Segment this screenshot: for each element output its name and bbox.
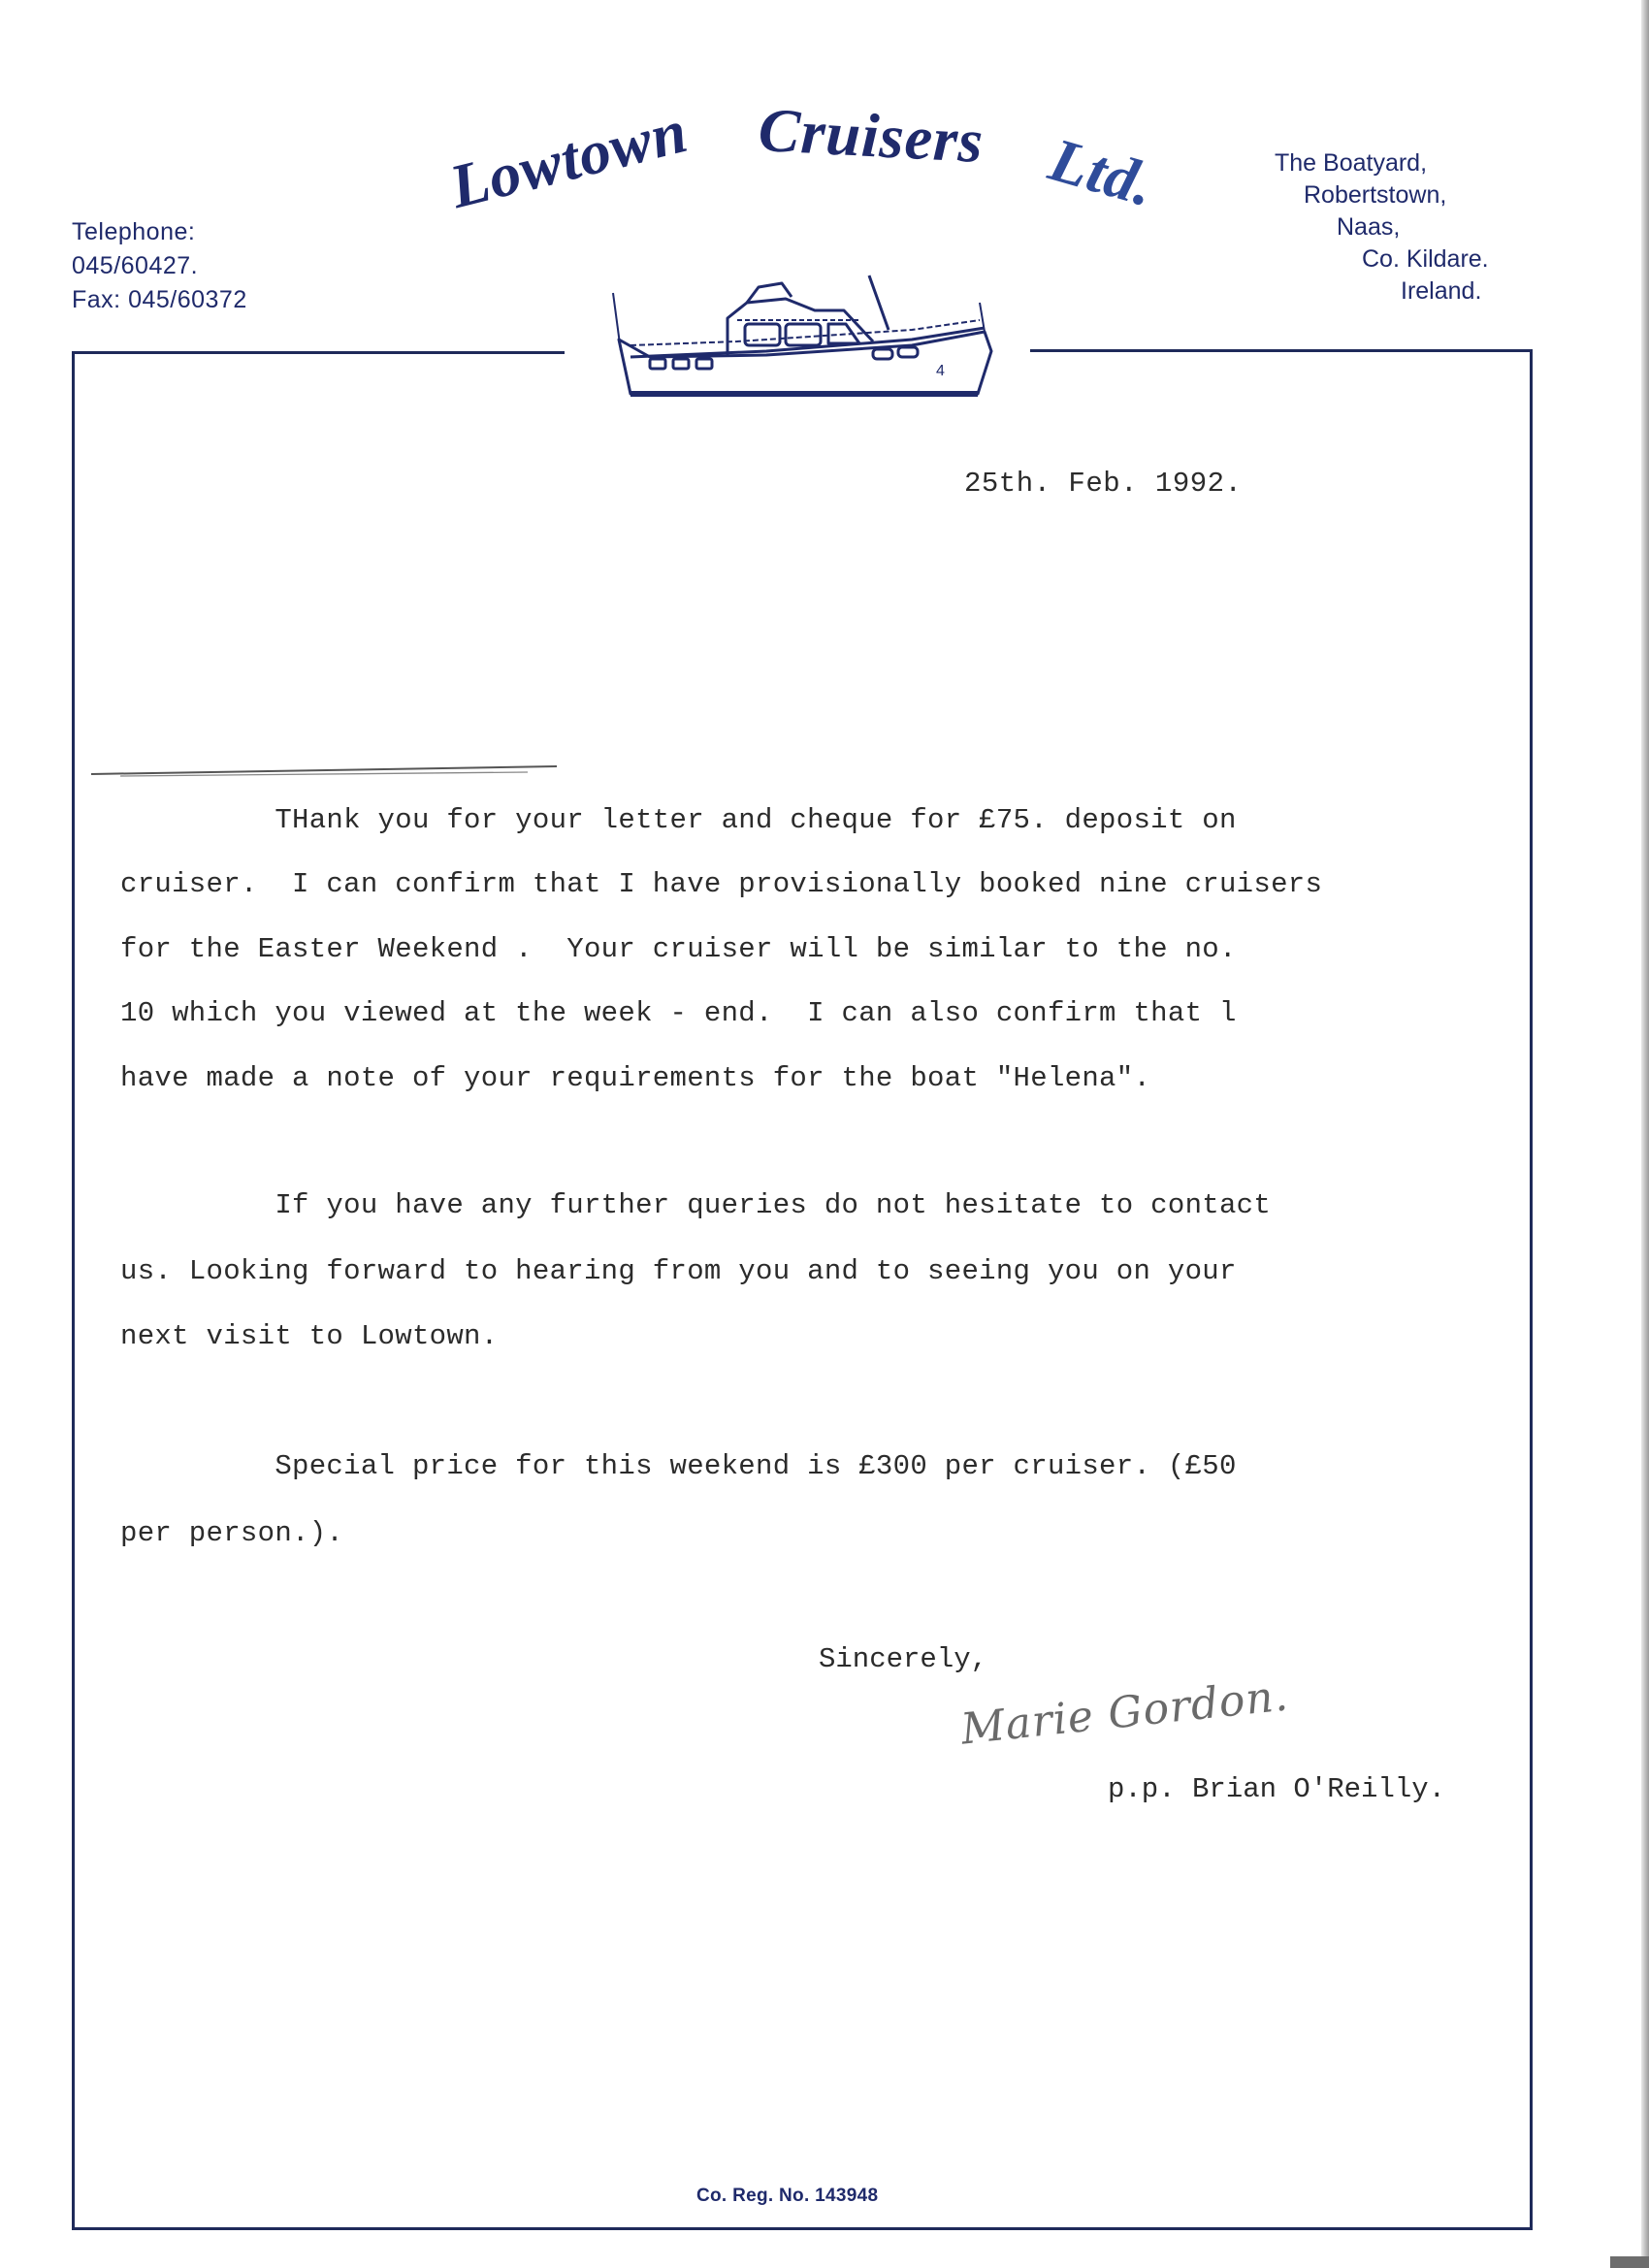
paragraph-1-line-4: 10 which you viewed at the week - end. I… (120, 997, 1517, 1029)
scan-edge-shadow (1641, 0, 1649, 2268)
address-line: Robertstown, (1261, 179, 1571, 211)
paragraph-3-line-1: Special price for this weekend is £300 p… (120, 1450, 1517, 1482)
frame-border-right (1530, 349, 1533, 2228)
frame-border-left (72, 351, 75, 2230)
paragraph-3-line-2: per person.). (120, 1517, 1517, 1549)
address-line: Ireland. (1261, 275, 1571, 308)
telephone-number: 045/60427. (72, 249, 247, 283)
frame-border-bottom (72, 2227, 1533, 2230)
address-block: The Boatyard, Robertstown, Naas, Co. Kil… (1261, 147, 1571, 308)
paragraph-1-line-2: cruiser. I can confirm that I have provi… (120, 868, 1517, 900)
company-name-word-3: Ltd. (1043, 128, 1161, 217)
company-name-word-1: Lowtown (444, 100, 694, 218)
paragraph-2-line-1: If you have any further queries do not h… (120, 1189, 1517, 1221)
address-line: The Boatyard, (1261, 147, 1571, 179)
letter-date: 25th. Feb. 1992. (964, 468, 1242, 500)
paragraph-2-line-3: next visit to Lowtown. (120, 1320, 1517, 1352)
frame-border-top-left (72, 351, 565, 354)
telephone-label: Telephone: (72, 215, 247, 249)
scan-corner-shadow (1610, 2256, 1649, 2268)
handwritten-signature: Marie Gordon. (960, 1678, 1368, 1785)
frame-border-top-right (1030, 349, 1533, 352)
fax-number: Fax: 045/60372 (72, 283, 247, 317)
paragraph-1-line-5: have made a note of your requirements fo… (120, 1062, 1517, 1094)
company-registration-number: Co. Reg. No. 143948 (696, 2186, 878, 2207)
company-name-word-2: Cruisers (757, 99, 985, 173)
paragraph-2-line-2: us. Looking forward to hearing from you … (120, 1255, 1517, 1287)
closing-salutation: Sincerely, (819, 1643, 987, 1675)
signature-text: Marie Gordon. (958, 1670, 1291, 1754)
contact-block: Telephone: 045/60427. Fax: 045/60372 (72, 215, 247, 317)
motor-cruiser-boat-icon: 4 (592, 274, 999, 400)
paragraph-1-line-1: THank you for your letter and cheque for… (120, 804, 1517, 836)
paragraph-1-line-3: for the Easter Weekend . Your cruiser wi… (120, 933, 1517, 965)
svg-text:4: 4 (936, 363, 945, 379)
address-line: Naas, (1261, 211, 1571, 243)
signer-name: p.p. Brian O'Reilly. (1108, 1773, 1445, 1805)
redaction-strike-line (91, 764, 557, 778)
address-line: Co. Kildare. (1261, 243, 1571, 275)
